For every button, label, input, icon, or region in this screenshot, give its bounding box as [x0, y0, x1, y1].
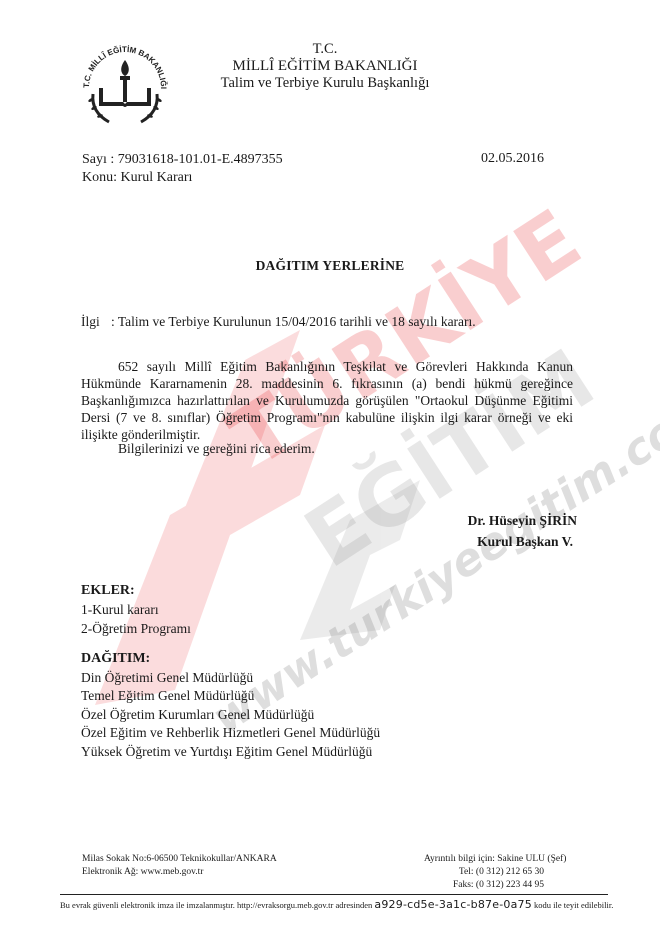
- letterhead-ministry: MİLLÎ EĞİTİM BAKANLIĞI: [200, 58, 450, 75]
- distribution-item: Temel Eğitim Genel Müdürlüğü: [81, 687, 380, 706]
- letterhead-country: T.C.: [200, 41, 450, 58]
- distribution-list: DAĞITIM: Din Öğretimi Genel Müdürlüğü Te…: [81, 650, 380, 761]
- footer-web: Elektronik Ağ: www.meb.gov.tr: [82, 866, 277, 879]
- document-number: Sayı : 79031618-101.01-E.4897355: [82, 151, 283, 169]
- distribution-item: Yüksek Öğretim ve Yurtdışı Eğitim Genel …: [81, 743, 380, 762]
- attachments-title: EKLER:: [81, 581, 191, 600]
- reference-text: : Talim ve Terbiye Kurulunun 15/04/2016 …: [111, 314, 476, 329]
- distribution-item: Özel Eğitim ve Rehberlik Hizmetleri Gene…: [81, 724, 380, 743]
- signer-name: Dr. Hüseyin ŞİRİN: [452, 510, 577, 531]
- footer-address-block: Milas Sokak No:6-06500 Teknikokullar/ANK…: [82, 853, 277, 879]
- distribution-item: Özel Öğretim Kurumları Genel Müdürlüğü: [81, 706, 380, 725]
- footer-divider: [60, 894, 608, 895]
- body-paragraph: 652 sayılı Millî Eğitim Bakanlığının Teş…: [81, 358, 573, 443]
- watermark: TÜRKİYE EĞİTİM www.turkiyeegitim.com: [0, 0, 660, 933]
- footer-address: Milas Sokak No:6-06500 Teknikokullar/ANK…: [82, 853, 277, 866]
- number-label: Sayı: [82, 152, 107, 167]
- attachment-item: 1-Kurul kararı: [81, 600, 191, 619]
- closing-line: Bilgilerinizi ve gereğini rica ederim.: [118, 441, 315, 457]
- number-value: : 79031618-101.01-E.4897355: [110, 152, 282, 167]
- footer-fax: Faks: (0 312) 223 44 95: [424, 879, 546, 892]
- verification-prefix: Bu evrak güvenli elektronik imza ile imz…: [60, 900, 372, 910]
- subject-label: Konu:: [82, 170, 117, 185]
- signer-role: Kurul Başkan V.: [452, 531, 577, 552]
- document-subject: Konu: Kurul Kararı: [82, 169, 283, 187]
- distribution-item: Din Öğretimi Genel Müdürlüğü: [81, 669, 380, 688]
- letterhead: T.C. MİLLÎ EĞİTİM BAKANLIĞI Talim ve Ter…: [200, 41, 450, 92]
- verification-suffix: kodu ile teyit edilebilir.: [534, 900, 613, 910]
- verification-line: Bu evrak güvenli elektronik imza ile imz…: [60, 898, 620, 911]
- document-meta: Sayı : 79031618-101.01-E.4897355 Konu: K…: [82, 151, 283, 187]
- reference: İlgi: Talim ve Terbiye Kurulunun 15/04/2…: [81, 314, 476, 330]
- ministry-logo: T.C. MİLLÎ EĞİTİM BAKANLIĞI: [75, 36, 175, 132]
- footer-tel: Tel: (0 312) 212 65 30: [424, 866, 546, 879]
- reference-label: İlgi: [81, 314, 111, 330]
- addressee-title: DAĞITIM YERLERİNE: [0, 258, 660, 274]
- distribution-title: DAĞITIM:: [81, 650, 380, 669]
- signature-block: Dr. Hüseyin ŞİRİN Kurul Başkan V.: [452, 510, 577, 552]
- footer-contact-block: Ayrıntılı bilgi için: Sakine ULU (Şef) T…: [424, 853, 546, 892]
- footer-contact-person: Ayrıntılı bilgi için: Sakine ULU (Şef): [424, 853, 546, 866]
- attachments: EKLER: 1-Kurul kararı 2-Öğretim Programı: [81, 581, 191, 638]
- body-text: 652 sayılı Millî Eğitim Bakanlığının Teş…: [81, 358, 573, 443]
- subject-value: Kurul Kararı: [121, 170, 193, 185]
- document-date: 02.05.2016: [481, 151, 544, 167]
- letterhead-department: Talim ve Terbiye Kurulu Başkanlığı: [200, 75, 450, 92]
- verification-code: a929-cd5e-3a1c-b87e-0a75: [374, 898, 531, 911]
- attachment-item: 2-Öğretim Programı: [81, 619, 191, 638]
